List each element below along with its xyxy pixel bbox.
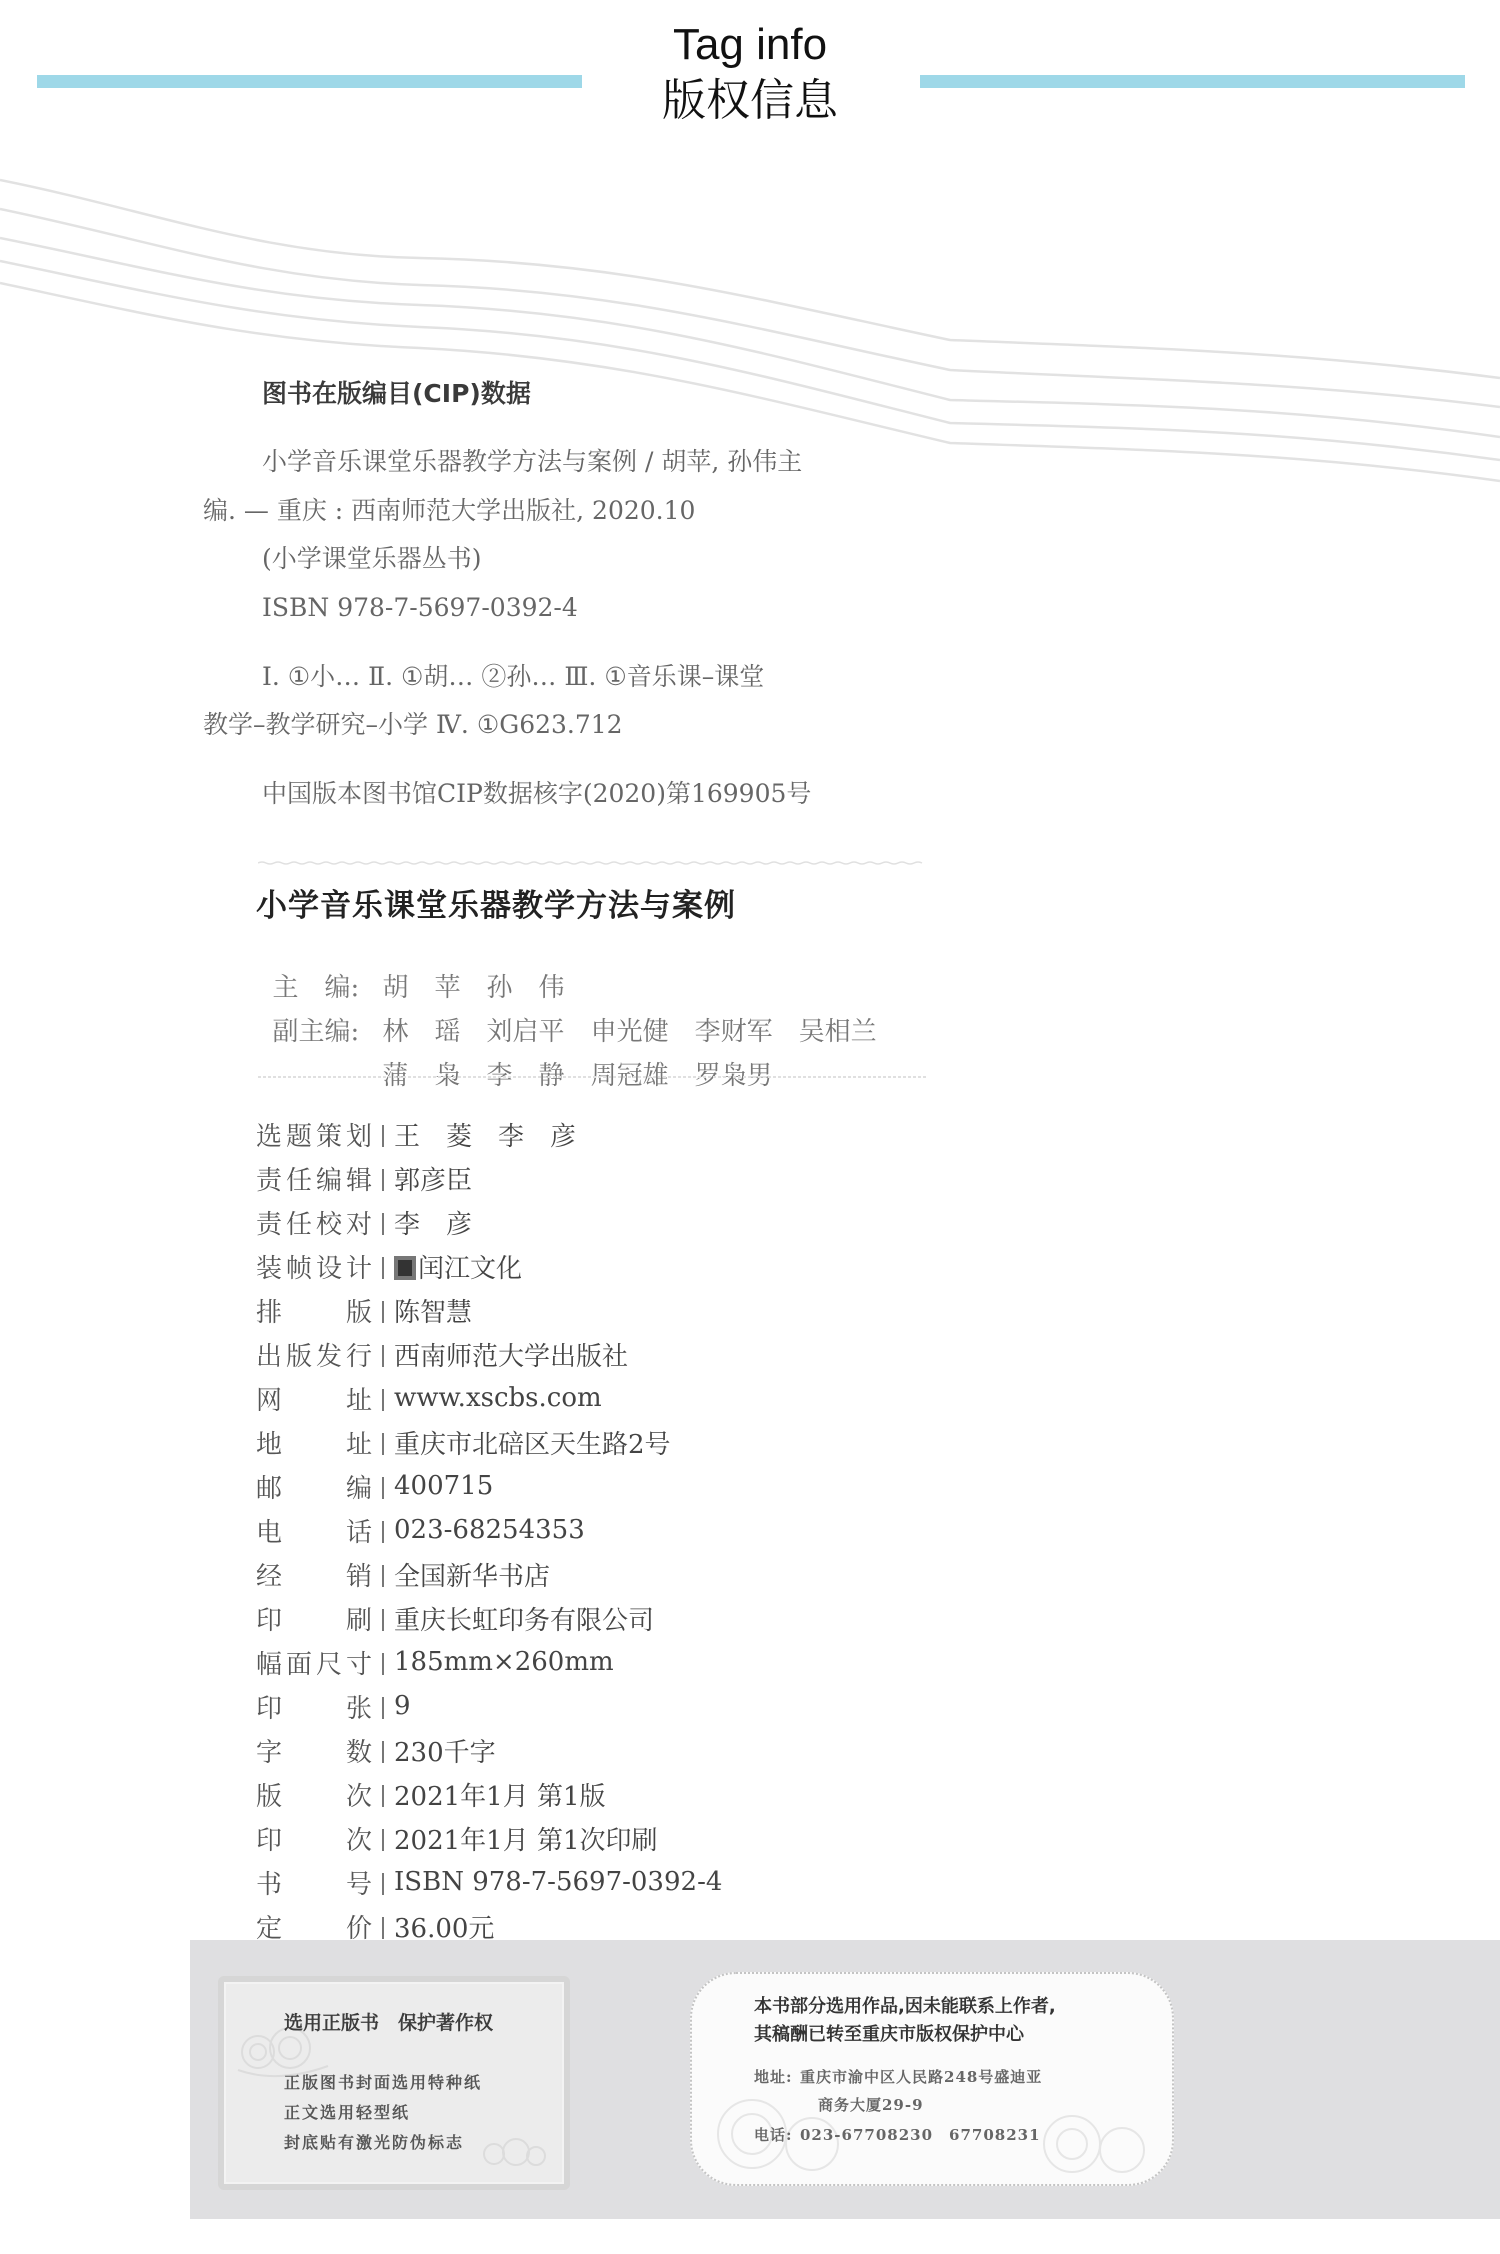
info-label: 出版发行 [256, 1336, 372, 1373]
info-label: 经销 [256, 1556, 372, 1593]
info-value: 重庆市北碚区天生路2号 [394, 1424, 671, 1461]
separator [382, 1301, 384, 1323]
cip-line: (小学课堂乐器丛书) [262, 542, 482, 576]
genuine-book-line: 封底贴有激光防伪标志 [284, 2130, 464, 2153]
separator [382, 1345, 384, 1367]
book-title: 小学音乐课堂乐器教学方法与案例 [256, 880, 736, 925]
info-value: 重庆长虹印务有限公司 [394, 1600, 654, 1637]
info-value: ISBN 978-7-5697-0392-4 [394, 1867, 722, 1897]
info-label: 网址 [256, 1380, 372, 1417]
info-value: 2021年1月 第1版 [394, 1776, 606, 1813]
info-value: 郭彦臣 [394, 1160, 472, 1197]
separator [382, 1609, 384, 1631]
separator [382, 1829, 384, 1851]
info-row: 责任校对李 彦 [256, 1200, 722, 1244]
info-value: 全国新华书店 [394, 1556, 550, 1593]
cip-heading: 图书在版编目(CIP)数据 [262, 374, 531, 410]
genuine-book-title: 选用正版书 保护著作权 [284, 2008, 493, 2035]
cip-line: 小学音乐课堂乐器教学方法与案例 / 胡苹, 孙伟主 [262, 445, 802, 479]
info-value: 230千字 [394, 1732, 496, 1769]
info-label: 印刷 [256, 1600, 372, 1637]
info-value: 9 [394, 1691, 411, 1721]
address-line: 商务大厦29-9 [818, 2094, 924, 2115]
separator [382, 1213, 384, 1235]
info-row: 电话023-68254353 [256, 1508, 722, 1552]
info-value: 李 彦 [394, 1204, 472, 1241]
address-line: 重庆市渝中区人民路248号盛迪亚 [800, 2066, 1042, 2087]
address-label: 地址: [754, 2066, 793, 2087]
royalty-notice-heading: 本书部分选用作品,因未能联系上作者, [754, 1992, 1056, 2018]
info-label: 地址 [256, 1424, 372, 1461]
info-value: 400715 [394, 1471, 493, 1501]
info-label: 字数 [256, 1732, 372, 1769]
separator [382, 1125, 384, 1147]
genuine-book-line: 正版图书封面选用特种纸 [284, 2070, 482, 2093]
info-label: 定价 [256, 1908, 372, 1945]
info-row: 印张9 [256, 1684, 722, 1728]
editor-name: 吴相兰 [799, 1015, 877, 1049]
separator [382, 1873, 384, 1895]
separator [382, 1741, 384, 1763]
info-label: 责任编辑 [256, 1160, 372, 1197]
separator [382, 1477, 384, 1499]
genuine-book-line: 正文选用轻型纸 [284, 2100, 410, 2123]
info-value: 闰江文化 [394, 1248, 522, 1285]
separator [382, 1785, 384, 1807]
info-label: 选题策划 [256, 1116, 372, 1153]
genuine-book-card: 选用正版书 保护著作权 正版图书封面选用特种纸 正文选用轻型纸 封底贴有激光防伪… [218, 1976, 570, 2190]
info-row: 装帧设计闰江文化 [256, 1244, 722, 1288]
info-row: 字数230千字 [256, 1728, 722, 1772]
info-label: 版次 [256, 1776, 372, 1813]
info-row: 责任编辑郭彦臣 [256, 1156, 722, 1200]
info-label: 电话 [256, 1512, 372, 1549]
info-row: 地址重庆市北碚区天生路2号 [256, 1420, 722, 1464]
info-value: 西南师范大学出版社 [394, 1336, 628, 1373]
info-label: 印次 [256, 1820, 372, 1857]
cip-line: 编. — 重庆 : 西南师范大学出版社, 2020.10 [203, 494, 695, 528]
info-row: 书号ISBN 978-7-5697-0392-4 [256, 1860, 722, 1904]
cloud-ornament-icon [1022, 2094, 1162, 2179]
separator [382, 1697, 384, 1719]
publication-info-table: 选题策划王 菱 李 彦责任编辑郭彦臣责任校对李 彦装帧设计闰江文化排版陈智慧出版… [256, 1112, 722, 1948]
info-row: 印刷重庆长虹印务有限公司 [256, 1596, 722, 1640]
cip-line: 教学–教学研究–小学 Ⅳ. ①G623.712 [203, 708, 623, 742]
cip-approval-number: 中国版本图书馆CIP数据核字(2020)第169905号 [262, 777, 811, 811]
info-value: 陈智慧 [394, 1292, 472, 1329]
design-studio-logo-icon [394, 1256, 416, 1280]
cip-line: Ⅰ. ①小… Ⅱ. ①胡… ②孙… Ⅲ. ①音乐课–课堂 [262, 660, 764, 694]
separator [382, 1653, 384, 1675]
info-row: 选题策划王 菱 李 彦 [256, 1112, 722, 1156]
info-value: 王 菱 李 彦 [394, 1116, 576, 1153]
info-label: 印张 [256, 1688, 372, 1725]
info-value: 023-68254353 [394, 1515, 585, 1545]
separator [382, 1389, 384, 1411]
info-label: 邮编 [256, 1468, 372, 1505]
info-value: 185mm×260mm [394, 1647, 614, 1677]
phone-label: 电话: [754, 2124, 793, 2145]
info-row: 经销全国新华书店 [256, 1552, 722, 1596]
info-label: 装帧设计 [256, 1248, 372, 1285]
separator [382, 1565, 384, 1587]
info-label: 幅面尺寸 [256, 1644, 372, 1681]
separator [382, 1917, 384, 1939]
info-value: 2021年1月 第1次印刷 [394, 1820, 658, 1857]
dotted-divider [258, 1075, 926, 1079]
royalty-notice-card: 本书部分选用作品,因未能联系上作者, 其稿酬已转至重庆市版权保护中心 地址: 重… [690, 1972, 1174, 2186]
info-row: 邮编400715 [256, 1464, 722, 1508]
info-row: 出版发行西南师范大学出版社 [256, 1332, 722, 1376]
info-row: 版次2021年1月 第1版 [256, 1772, 722, 1816]
separator [382, 1433, 384, 1455]
info-row: 幅面尺寸185mm×260mm [256, 1640, 722, 1684]
phone-value: 023-67708230 67708231 [800, 2124, 1041, 2145]
cip-isbn: ISBN 978-7-5697-0392-4 [262, 591, 578, 625]
separator [382, 1521, 384, 1543]
info-label: 责任校对 [256, 1204, 372, 1241]
info-label: 排版 [256, 1292, 372, 1329]
cloud-ornament-icon [474, 2132, 554, 2172]
dotted-divider [258, 861, 926, 865]
deputy-editors-row-2: 蒲 枭李 静周冠雄罗枭男 [256, 1025, 799, 1093]
info-value: 36.00元 [394, 1908, 494, 1945]
info-label: 书号 [256, 1864, 372, 1901]
info-row: 印次2021年1月 第1次印刷 [256, 1816, 722, 1860]
royalty-notice-heading: 其稿酬已转至重庆市版权保护中心 [754, 2020, 1024, 2046]
separator [382, 1169, 384, 1191]
separator [382, 1257, 384, 1279]
info-value: www.xscbs.com [394, 1383, 602, 1413]
info-row: 排版陈智慧 [256, 1288, 722, 1332]
info-row: 网址www.xscbs.com [256, 1376, 722, 1420]
